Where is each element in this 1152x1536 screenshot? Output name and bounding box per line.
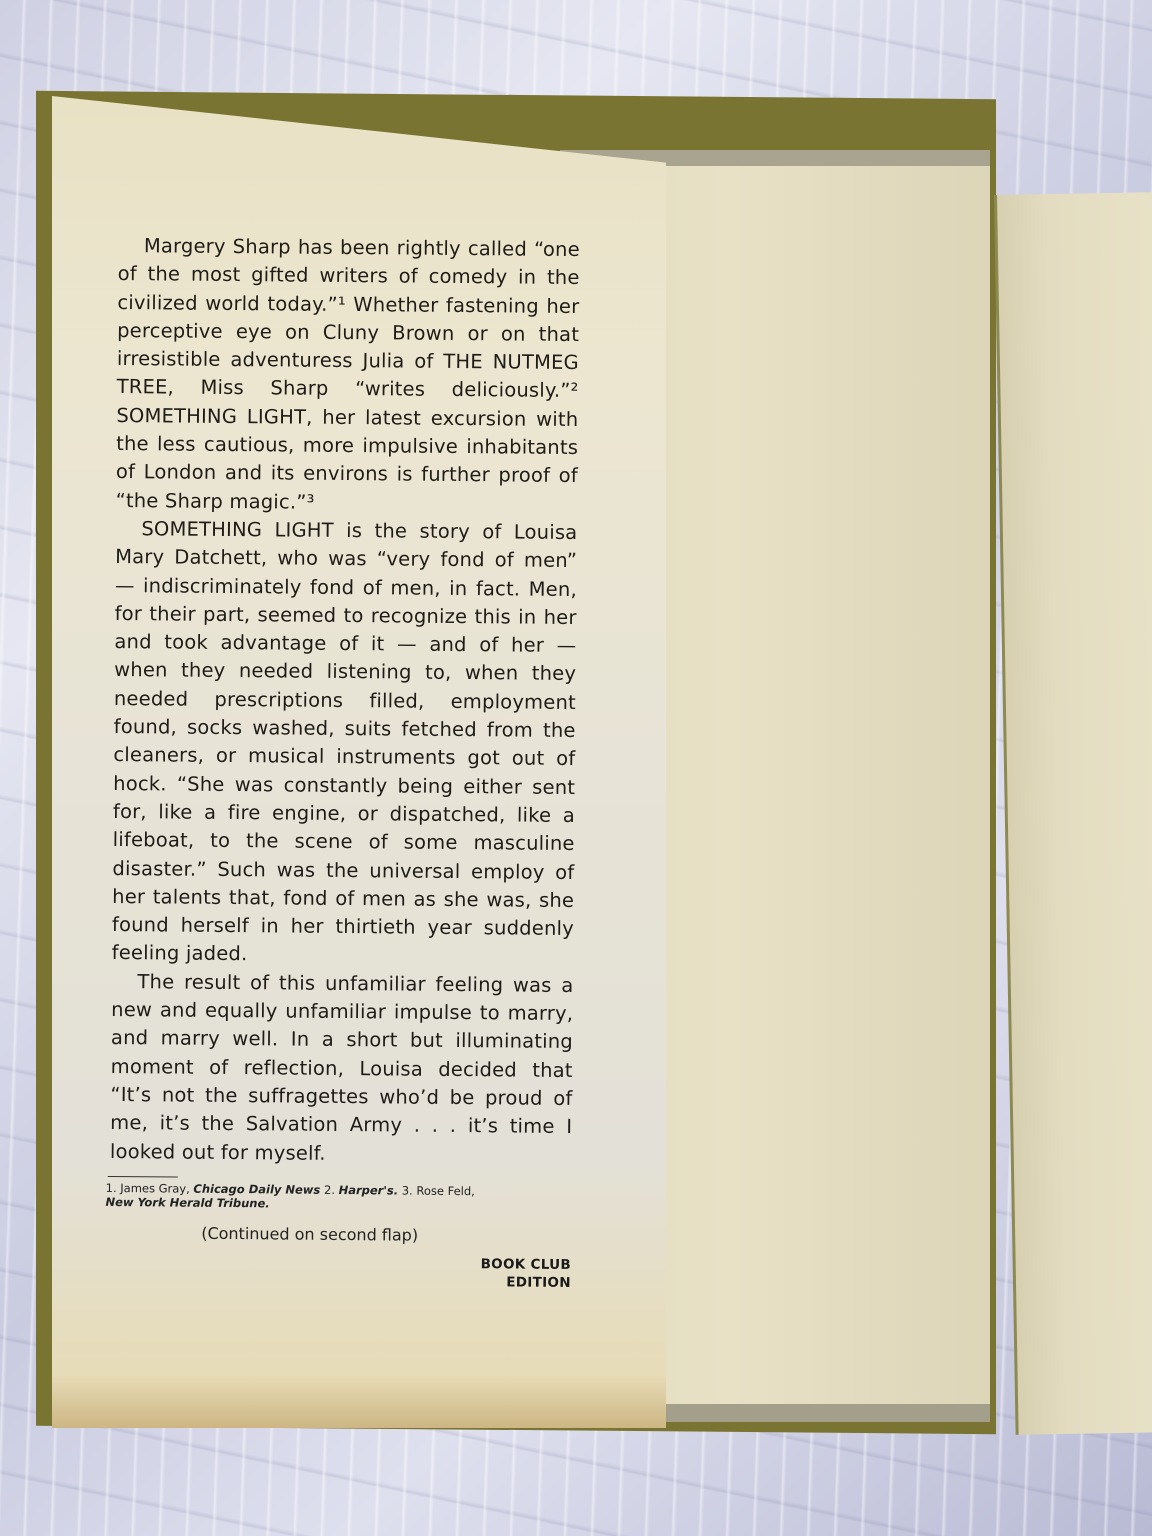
endpaper-right-page <box>994 192 1152 1435</box>
blurb-paragraph-1: Margery Sharp has been rightly called “o… <box>116 232 580 519</box>
footnote-line-2: New York Herald Tribune. <box>105 1195 571 1213</box>
blurb-paragraph-3: The result of this unfamiliar feeling wa… <box>110 968 574 1170</box>
footnote-2-number: 2. <box>320 1183 338 1197</box>
footnote-rule <box>108 1176 178 1178</box>
footnote-1-source: Chicago Daily News <box>193 1181 320 1196</box>
blurb-paragraph-2: SOMETHING LIGHT is the story of Louisa M… <box>112 515 578 972</box>
footnote-2-source: Harper's. <box>339 1183 399 1198</box>
flap-content: Margery Sharp has been rightly called “o… <box>109 232 580 1292</box>
footnotes: 1. James Gray, Chicago Daily News 2. Har… <box>105 1181 571 1213</box>
book-club-edition-label: BOOK CLUB EDITION <box>109 1252 571 1292</box>
footnote-3-author: 3. Rose Feld, <box>398 1183 475 1198</box>
continued-note: (Continued on second flap) <box>201 1224 571 1246</box>
footnote-1-author: 1. James Gray, <box>106 1181 194 1196</box>
blurb-text: Margery Sharp has been rightly called “o… <box>110 232 580 1170</box>
footnote-3-source: New York Herald Tribune. <box>105 1195 269 1210</box>
